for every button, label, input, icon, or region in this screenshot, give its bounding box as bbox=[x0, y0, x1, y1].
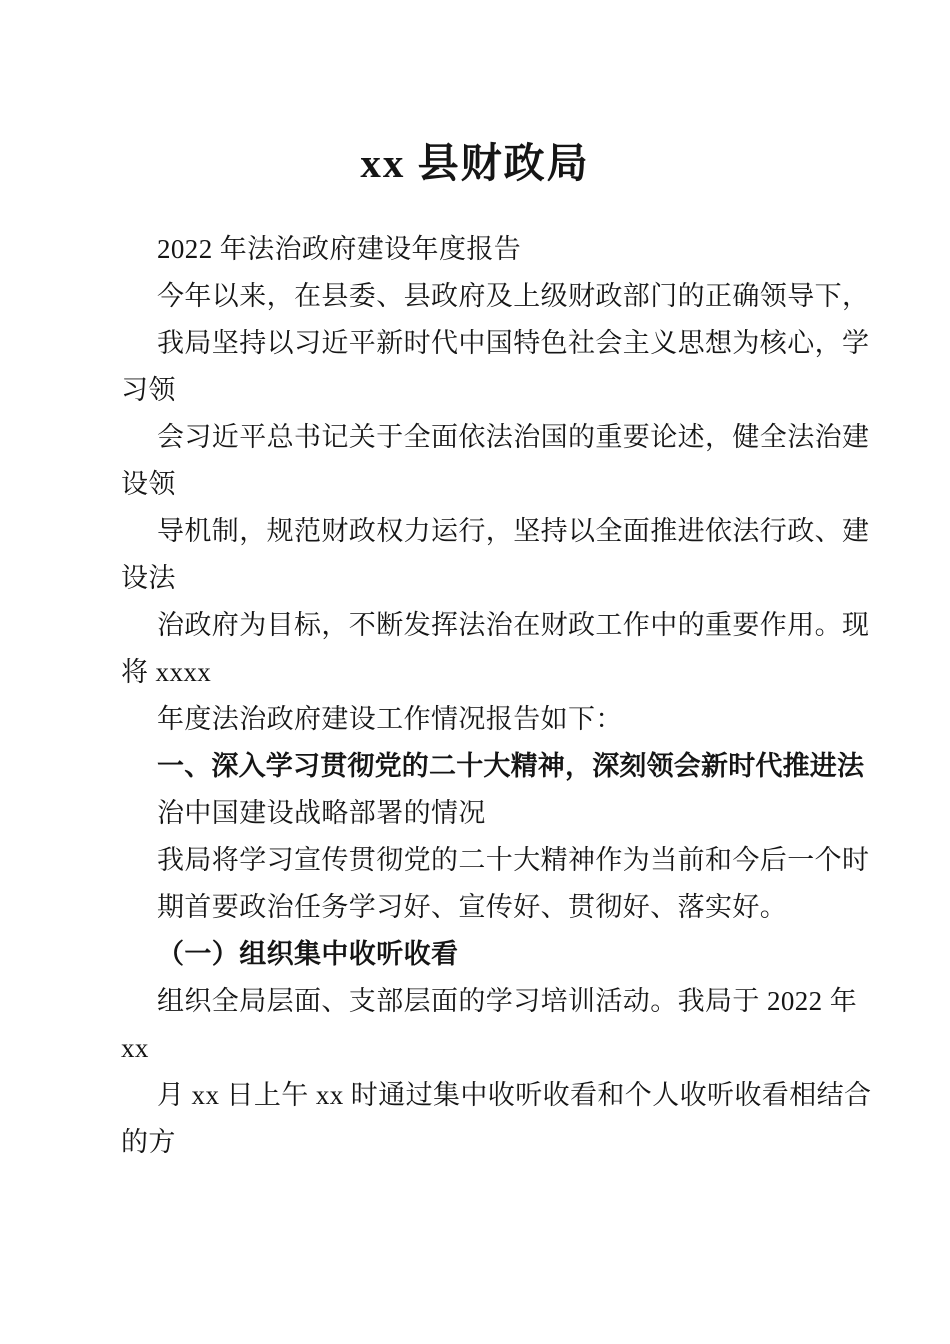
text-line-8: 设法 bbox=[121, 555, 837, 602]
text-line-7: 导机制，规范财政权力运行，坚持以全面推进依法行政、建 bbox=[121, 508, 837, 555]
text-line-11: 年度法治政府建设工作情况报告如下： bbox=[121, 696, 837, 743]
text-line-15: 期首要政治任务学习好、宣传好、贯彻好、落实好。 bbox=[121, 884, 837, 931]
text-line-14: 我局将学习宣传贯彻党的二十大精神作为当前和今后一个时 bbox=[121, 837, 837, 884]
text-line-18: xx bbox=[121, 1025, 837, 1072]
text-line-2: 今年以来，在县委、县政府及上级财政部门的正确领导下， bbox=[121, 273, 837, 320]
text-line-1: 2022 年法治政府建设年度报告 bbox=[121, 226, 837, 273]
document-body: 2022 年法治政府建设年度报告今年以来，在县委、县政府及上级财政部门的正确领导… bbox=[121, 226, 837, 1166]
text-line-10: 将 xxxx bbox=[121, 649, 837, 696]
text-line-3: 我局坚持以习近平新时代中国特色社会主义思想为核心，学 bbox=[121, 320, 837, 367]
text-line-20: 的方 bbox=[121, 1119, 837, 1166]
text-line-9: 治政府为目标，不断发挥法治在财政工作中的重要作用。现 bbox=[121, 602, 837, 649]
text-line-12: 一、深入学习贯彻党的二十大精神，深刻领会新时代推进法 bbox=[121, 743, 837, 790]
text-line-19: 月 xx 日上午 xx 时通过集中收听收看和个人收听收看相结合 bbox=[121, 1072, 837, 1119]
document-title: xx 县财政局 bbox=[0, 130, 950, 189]
text-line-6: 设领 bbox=[121, 461, 837, 508]
text-line-5: 会习近平总书记关于全面依法治国的重要论述，健全法治建 bbox=[121, 414, 837, 461]
document-page: xx 县财政局 2022 年法治政府建设年度报告今年以来，在县委、县政府及上级财… bbox=[0, 0, 950, 1344]
text-line-17: 组织全局层面、支部层面的学习培训活动。我局于 2022 年 bbox=[121, 978, 837, 1025]
text-line-4: 习领 bbox=[121, 367, 837, 414]
text-line-16: （一）组织集中收听收看 bbox=[121, 931, 837, 978]
text-line-13: 治中国建设战略部署的情况 bbox=[121, 790, 837, 837]
